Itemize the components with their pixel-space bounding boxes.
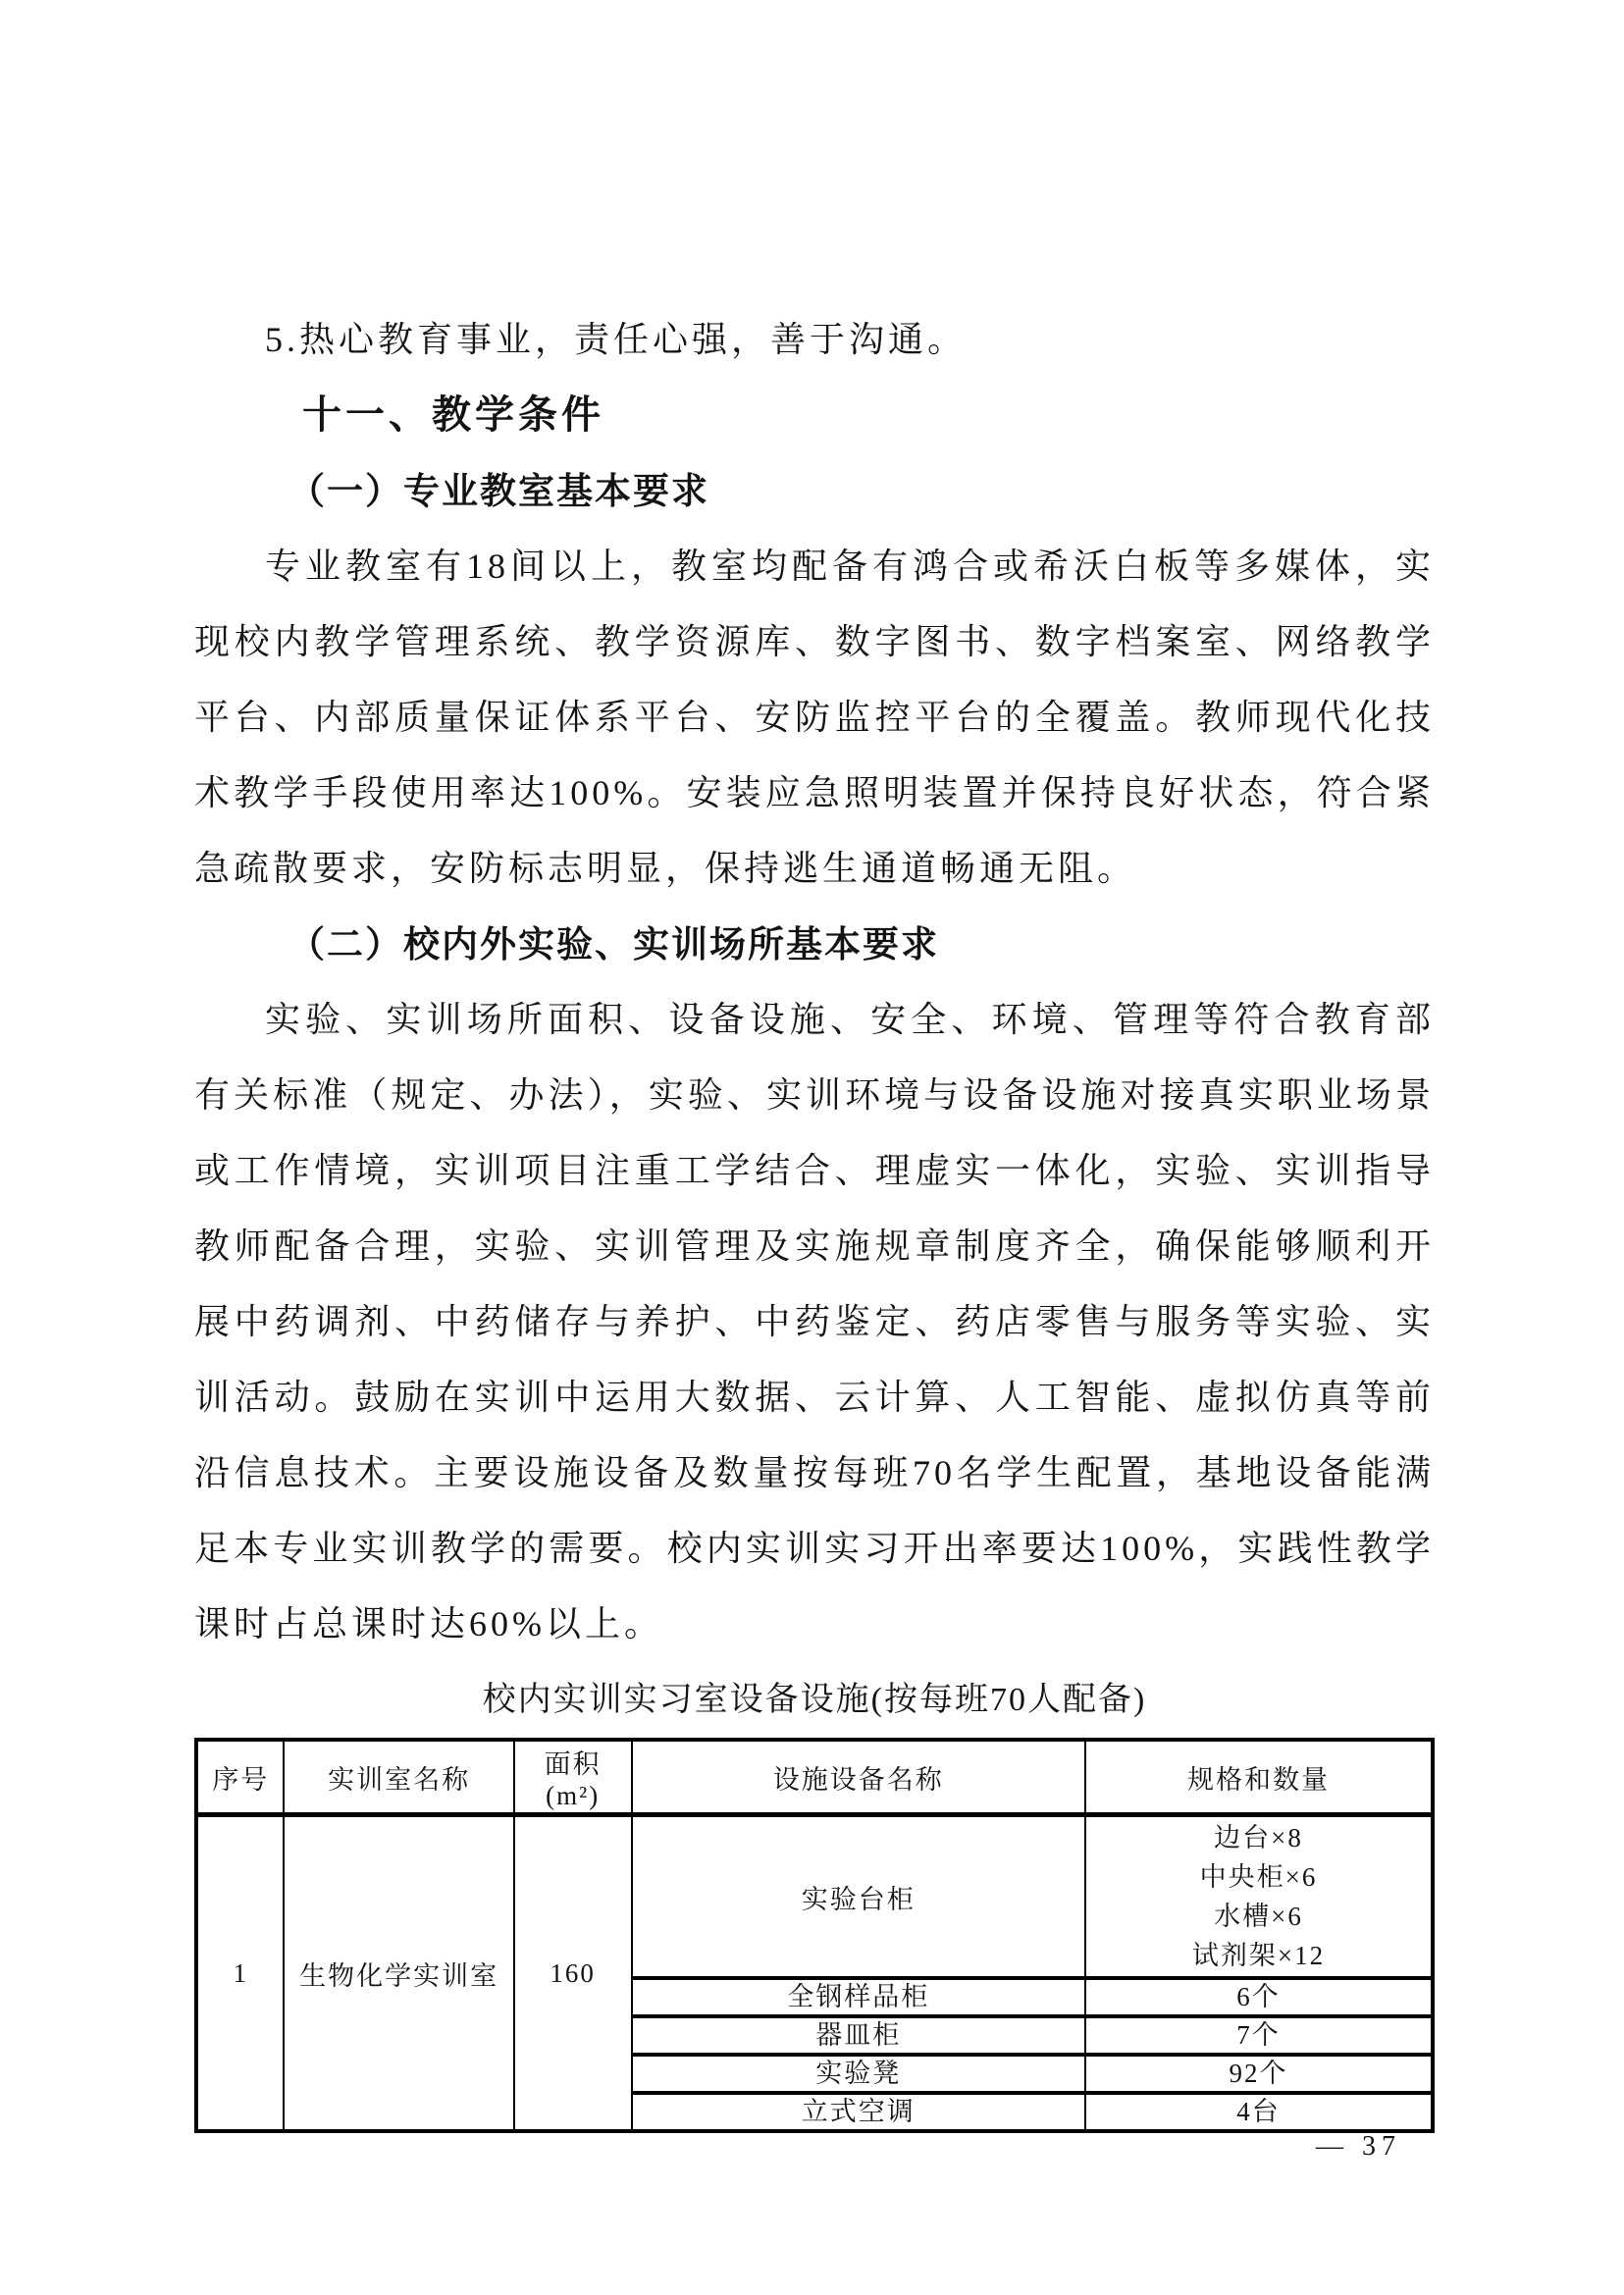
cell-equipment-name: 实验台柜 [632,1815,1085,1979]
cell-equipment-spec: 6个 [1085,1978,1433,2016]
page-content: 5.热心教育事业，责任心强，善于沟通。 十一、教学条件 （一）专业教室基本要求 … [194,0,1435,2133]
page-number: — 37 [1316,2131,1401,2163]
list-item-5: 5.热心教育事业，责任心强，善于沟通。 [194,302,1435,378]
cell-equipment-name: 器皿柜 [632,2016,1085,2055]
document-page: 5.热心教育事业，责任心强，善于沟通。 十一、教学条件 （一）专业教室基本要求 … [0,0,1624,2295]
cell-equipment-spec: 边台×8 中央柜×6 水槽×6 试剂架×12 [1085,1815,1433,1979]
table-title: 校内实训实习室设备设施(按每班70人配备) [194,1662,1435,1738]
cell-room-name: 生物化学实训室 [284,1815,513,2132]
cell-equipment-spec: 7个 [1085,2016,1433,2055]
subsection-heading-training-site-requirements: （二）校内外实验、实训场所基本要求 [194,907,1435,982]
cell-equipment-spec: 92个 [1085,2055,1433,2093]
cell-equipment-name: 实验凳 [632,2055,1085,2093]
table-header-row: 序号 实训室名称 面积(m²) 设施设备名称 规格和数量 [196,1740,1433,1815]
paragraph-classroom-requirements: 专业教室有18间以上，教室均配备有鸿合或希沃白板等多媒体，实现校内教学管理系统、… [194,529,1435,907]
section-heading-teaching-conditions: 十一、教学条件 [194,378,1435,453]
cell-index: 1 [196,1815,284,2132]
paragraph-training-site-requirements: 实验、实训场所面积、设备设施、安全、环境、管理等符合教育部有关标准（规定、办法）… [194,982,1435,1662]
col-header-spec-quantity: 规格和数量 [1085,1740,1433,1815]
cell-equipment-spec: 4台 [1085,2093,1433,2131]
equipment-table: 序号 实训室名称 面积(m²) 设施设备名称 规格和数量 1 生物化学实训室 1… [194,1738,1435,2133]
col-header-equipment-name: 设施设备名称 [632,1740,1085,1815]
col-header-room-name: 实训室名称 [284,1740,513,1815]
col-header-area: 面积(m²) [514,1740,632,1815]
col-header-index: 序号 [196,1740,284,1815]
subsection-heading-classroom-requirements: （一）专业教室基本要求 [194,453,1435,529]
cell-equipment-name: 立式空调 [632,2093,1085,2131]
cell-area: 160 [514,1815,632,2132]
table-row: 1 生物化学实训室 160 实验台柜 边台×8 中央柜×6 水槽×6 试剂架×1… [196,1815,1433,1979]
cell-equipment-name: 全钢样品柜 [632,1978,1085,2016]
